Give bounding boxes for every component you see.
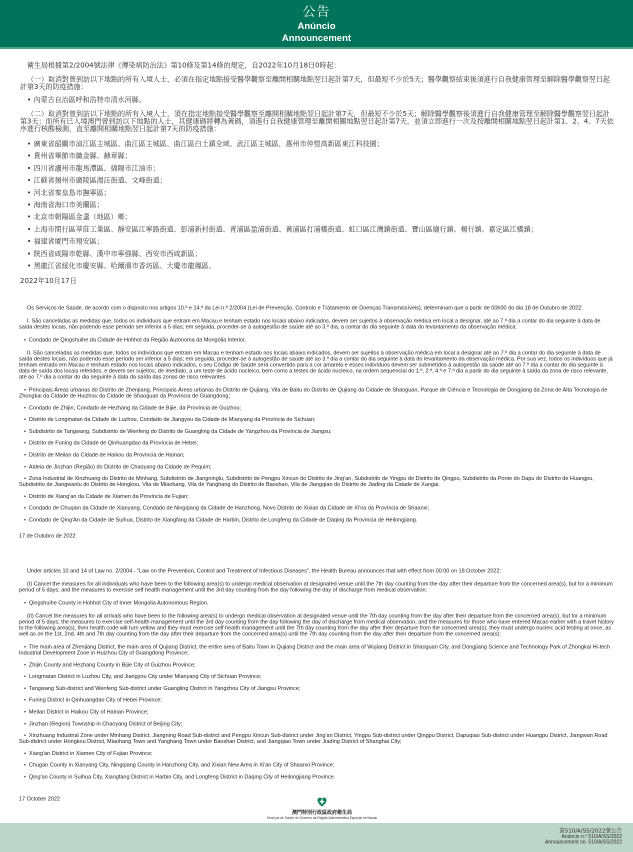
list-item: 北京市朝陽區金盞（地區）鄉； bbox=[20, 214, 615, 222]
section-2-paragraph: II. São canceladas as medidas que, todos… bbox=[19, 350, 615, 380]
english-section: Under articles 10 and 14 of Law no. 2/20… bbox=[19, 568, 615, 802]
list-item: 福建省廈門市翔安區； bbox=[20, 238, 615, 246]
list-item: 內蒙古自治區呼和浩特市清水河縣。 bbox=[20, 97, 615, 105]
list-item: Distrito de Funing da Cidade de Qinhuang… bbox=[19, 440, 615, 446]
section-1-list: Qingshuihe County in Hohhot City of Inne… bbox=[19, 600, 615, 606]
list-item: Distrito de Longmatan da Cidade de Luzho… bbox=[19, 417, 615, 423]
section-2-paragraph: （二）取消對曾到訪以下地點的所有入境人士，須在指定地點接受醫學觀察至離開相關地點… bbox=[20, 111, 615, 134]
section-1-paragraph: I. São canceladas as medidas que, todos … bbox=[19, 318, 615, 330]
intro-paragraph: 衛生局根據第2/2004號法律《傳染病防治法》第10條及第14條的規定，自202… bbox=[20, 62, 615, 70]
list-item: 江蘇省揚州市廣陵區湯汪街道、文峰街道； bbox=[20, 177, 615, 185]
list-item: 陝西省咸陽市乾縣、漢中市寧強縣、西安市西咸新區； bbox=[20, 250, 615, 258]
list-item: Xiang'an District in Xiamen City of Fuji… bbox=[19, 750, 615, 756]
list-item: Qingshuihe County in Hohhot City of Inne… bbox=[19, 600, 615, 606]
list-item: 貴州省畢節市織金縣、赫章縣； bbox=[20, 153, 615, 161]
list-item: The main area of Zhenjiang District, the… bbox=[19, 644, 615, 656]
section-2-list: Principais Áreas urbanas do Distrito de … bbox=[19, 387, 615, 523]
list-item: Xinzhuang Industrial Zone under Minhang … bbox=[19, 733, 615, 745]
intro-paragraph: Under articles 10 and 14 of Law no. 2/20… bbox=[19, 568, 615, 574]
document-body: 衛生局根據第2/2004號法律《傳染病防治法》第10條及第14條的規定，自202… bbox=[0, 0, 633, 852]
list-item: Condado de Qingshuihe da Cidade de Hohho… bbox=[19, 337, 615, 343]
list-item: Tangwang Sub-district and Wenfeng Sub-di… bbox=[19, 685, 615, 691]
agency-name-portuguese: Serviços de Saúde do Governo da Região A… bbox=[222, 817, 422, 821]
list-item: Meilan District in Haikou City of Hainan… bbox=[19, 709, 615, 715]
agency-name-chinese: 澳門特別行政區政府衛生局 bbox=[222, 810, 422, 816]
list-item: 上海市閔行區莘莊工業區、靜安區江寧路街道、彭浦新村街道、青浦區盈浦街道、黃浦區打… bbox=[20, 226, 615, 234]
list-item: Qing'an County in Suihua City, Xiangfang… bbox=[19, 774, 615, 780]
list-item: Jinzhan (Region) Township in Chaoyang Di… bbox=[19, 721, 615, 727]
date-portuguese: 17 de Outubro de 2022 bbox=[19, 533, 615, 539]
list-item: Distrito de Xiang'an da Cidade de Xiamen… bbox=[19, 493, 615, 499]
chinese-section: 衛生局根據第2/2004號法律《傳染病防治法》第10條及第14條的規定，自202… bbox=[20, 62, 615, 285]
list-item: 四川省瀘州市龍馬潭區、綿陽市江油市； bbox=[20, 165, 615, 173]
reference-english: Announcement no. 510/A/SS/2022 bbox=[545, 840, 622, 846]
list-item: Principais Áreas urbanas do Distrito de … bbox=[19, 387, 615, 399]
section-1-paragraph: （一）取消對曾到訪以下地點的所有入境人士，必須在指定地點接受醫學觀察至離開相關地… bbox=[20, 76, 615, 91]
list-item: 廣東省韶關市湞江區主城區、曲江區主城區、曲江區白土鎮全域、武江區主城區，惠州市仲… bbox=[20, 141, 615, 149]
list-item: Subdistrito de Tangwang, Subdistrito de … bbox=[19, 428, 615, 434]
list-item: 黑龍江省綏化市慶安縣、哈爾濱市香坊區、大慶市龍鳳區。 bbox=[20, 262, 615, 270]
section-2-list: 廣東省韶關市湞江區主城區、曲江區主城區、曲江區白土鎮全域、武江區主城區，惠州市仲… bbox=[20, 141, 615, 270]
list-item: Zona Industrial de Xinzhuang do Distrito… bbox=[19, 476, 615, 488]
announcement-reference: 第510/A/SS/2022號公告 Anúncio n.º 510/A/SS/2… bbox=[545, 828, 622, 845]
list-item: Chugan County in Xianyang City, Ningqian… bbox=[19, 762, 615, 768]
list-item: 河北省秦皇島市撫寧區； bbox=[20, 189, 615, 197]
health-bureau-logo-icon bbox=[317, 797, 327, 807]
list-item: 海南省海口市美蘭區； bbox=[20, 201, 615, 209]
list-item: Funing District in Qinhuangdao City of H… bbox=[19, 697, 615, 703]
section-2-list: The main area of Zhenjiang District, the… bbox=[19, 644, 615, 780]
section-2-paragraph: (II) Cancel the measures for all arrival… bbox=[19, 613, 615, 637]
list-item: Condado de Chuqian da Cidade de Xianyang… bbox=[19, 505, 615, 511]
date-chinese: 2022年10月17日 bbox=[20, 277, 615, 285]
health-bureau-signature: 澳門特別行政區政府衛生局 Serviços de Saúde do Govern… bbox=[222, 797, 422, 820]
list-item: Zhijin County and Hezhang County in Biji… bbox=[19, 662, 615, 668]
list-item: Distrito de Meilan da Cidade de Haikou d… bbox=[19, 452, 615, 458]
list-item: Longmatan District in Luzhou City, and J… bbox=[19, 674, 615, 680]
intro-paragraph: Os Serviços de Saúde, de acordo com o di… bbox=[19, 305, 615, 311]
section-1-paragraph: (I) Cancel the measures for all individu… bbox=[19, 581, 615, 593]
portuguese-section: Os Serviços de Saúde, de acordo com o di… bbox=[19, 305, 615, 539]
list-item: Condado de Zhijin, Condado de Hezhang da… bbox=[19, 405, 615, 411]
list-item: Aldeia de Jinzhan (Região) do Distrito d… bbox=[19, 464, 615, 470]
list-item: Condado de Qing'An da Cidade de Suihua, … bbox=[19, 517, 615, 523]
section-1-list: Condado de Qingshuihe da Cidade de Hohho… bbox=[19, 337, 615, 343]
section-1-list: 內蒙古自治區呼和浩特市清水河縣。 bbox=[20, 97, 615, 105]
